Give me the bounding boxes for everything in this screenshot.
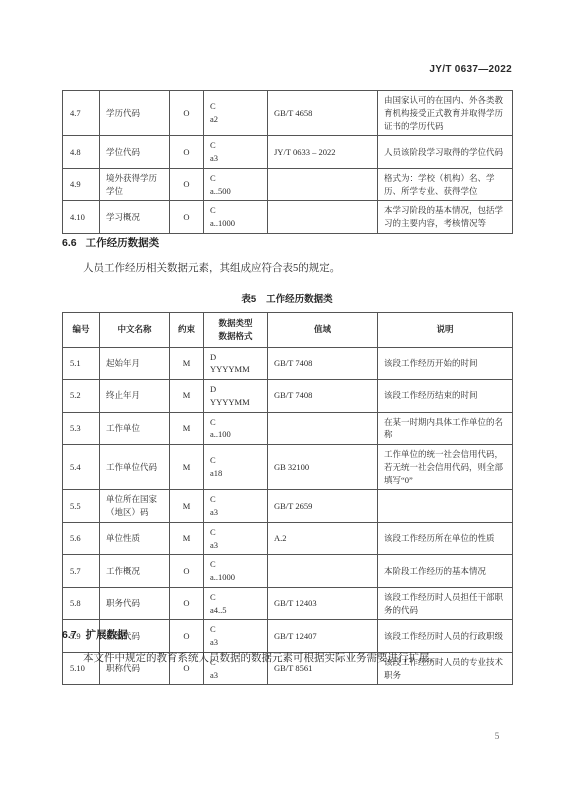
row-id: 4.7	[63, 91, 100, 136]
data-format: YYYYMM	[210, 363, 261, 376]
data-format: a..1000	[210, 571, 261, 584]
description: 该段工作经历时人员担任干部职务的代码	[378, 587, 513, 620]
header-constraint: 约束	[170, 313, 204, 348]
data-type-format: Ca..1000	[204, 555, 268, 588]
data-type: C	[210, 416, 261, 429]
constraint: O	[170, 168, 204, 201]
section-heading-6-6: 6.6工作经历数据类	[62, 235, 159, 250]
header-value-domain: 值域	[268, 313, 378, 348]
row-id: 5.6	[63, 522, 100, 555]
section-6-6-paragraph: 人员工作经历相关数据元素，其组成应符合表5的规定。	[62, 260, 512, 275]
constraint: M	[170, 412, 204, 445]
value-domain: A.2	[268, 522, 378, 555]
data-type-format: Ca3	[204, 620, 268, 653]
data-type-format: Ca2	[204, 91, 268, 136]
table-row: 5.3 工作单位 M Ca..100 在某一时期内具体工作单位的名称	[63, 412, 513, 445]
data-type-format: Ca..1000	[204, 201, 268, 234]
data-type-format: Ca..500	[204, 168, 268, 201]
data-type-format: DYYYYMM	[204, 347, 268, 380]
section-number: 6.7	[62, 629, 77, 641]
data-type: C	[210, 623, 261, 636]
data-type: C	[210, 204, 261, 217]
data-type: C	[210, 172, 261, 185]
value-domain: GB/T 12407	[268, 620, 378, 653]
data-type-format: Ca18	[204, 445, 268, 490]
constraint: O	[170, 136, 204, 169]
element-name: 境外获得学历学位	[100, 168, 170, 201]
value-domain: GB 32100	[268, 445, 378, 490]
element-name: 单位性质	[100, 522, 170, 555]
data-type: C	[210, 526, 261, 539]
section-title: 扩展数据	[86, 629, 128, 641]
data-format: a3	[210, 152, 261, 165]
description	[378, 490, 513, 523]
page-number: 5	[489, 732, 505, 742]
constraint: M	[170, 380, 204, 413]
data-format: a3	[210, 669, 261, 682]
data-type: C	[210, 454, 261, 467]
value-domain: GB/T 7408	[268, 380, 378, 413]
element-name: 工作单位代码	[100, 445, 170, 490]
data-type-format: DYYYYMM	[204, 380, 268, 413]
data-type-format: Ca3	[204, 136, 268, 169]
row-id: 4.10	[63, 201, 100, 234]
header-data-type-format: 数据类型数据格式	[204, 313, 268, 348]
data-type: C	[210, 139, 261, 152]
row-id: 5.3	[63, 412, 100, 445]
data-format: YYYYMM	[210, 396, 261, 409]
table-row: 4.7 学历代码 O Ca2 GB/T 4658 由国家认可的在国内、外各类教育…	[63, 91, 513, 136]
row-id: 5.4	[63, 445, 100, 490]
table-row: 5.9 职级代码 O Ca3 GB/T 12407 该段工作经历时人员的行政职级	[63, 620, 513, 653]
row-id: 4.8	[63, 136, 100, 169]
value-domain: GB/T 2659	[268, 490, 378, 523]
data-format: a2	[210, 113, 261, 126]
value-domain: GB/T 7408	[268, 347, 378, 380]
element-name: 学位代码	[100, 136, 170, 169]
data-type-format: Ca..100	[204, 412, 268, 445]
value-domain	[268, 168, 378, 201]
document-reference-number: JY/T 0637—2022	[62, 64, 512, 75]
element-name: 工作概况	[100, 555, 170, 588]
data-type: C	[210, 558, 261, 571]
description: 该段工作经历时人员的行政职级	[378, 620, 513, 653]
constraint: O	[170, 91, 204, 136]
value-domain	[268, 412, 378, 445]
table-caption-title: 工作经历数据类	[266, 294, 333, 305]
table-header-row: 编号 中文名称 约束 数据类型数据格式 值域 说明	[63, 313, 513, 348]
value-domain: GB/T 4658	[268, 91, 378, 136]
element-name: 起始年月	[100, 347, 170, 380]
element-name: 学习概况	[100, 201, 170, 234]
table-row: 4.9 境外获得学历学位 O Ca..500 格式为：学校（机构）名、学历、所学…	[63, 168, 513, 201]
data-format: a..100	[210, 428, 261, 441]
element-name: 工作单位	[100, 412, 170, 445]
constraint: O	[170, 620, 204, 653]
element-name: 终止年月	[100, 380, 170, 413]
table-4-learning-experience-continued: 4.7 学历代码 O Ca2 GB/T 4658 由国家认可的在国内、外各类教育…	[62, 90, 513, 234]
header-data-type: 数据类型	[206, 317, 265, 330]
description: 人员该阶段学习取得的学位代码	[378, 136, 513, 169]
value-domain	[268, 555, 378, 588]
data-type: D	[210, 351, 261, 364]
section-6-7-paragraph: 本文件中规定的教育系统人员数据的数据元素可根据实际业务需要进行扩展。	[62, 650, 512, 665]
data-type: C	[210, 493, 261, 506]
header-data-format: 数据格式	[206, 330, 265, 343]
description: 格式为：学校（机构）名、学历、所学专业、获得学位	[378, 168, 513, 201]
data-type: C	[210, 100, 261, 113]
description: 工作单位的统一社会信用代码，若无统一社会信用代码，则全部填写“0”	[378, 445, 513, 490]
row-id: 5.8	[63, 587, 100, 620]
table-5-work-experience: 编号 中文名称 约束 数据类型数据格式 值域 说明 5.1 起始年月 M DYY…	[62, 312, 513, 685]
constraint: O	[170, 555, 204, 588]
description: 由国家认可的在国内、外各类教育机构接受正式教育并取得学历证书的学历代码	[378, 91, 513, 136]
data-format: a..500	[210, 185, 261, 198]
description: 在某一时期内具体工作单位的名称	[378, 412, 513, 445]
data-type: D	[210, 383, 261, 396]
table-row: 4.8 学位代码 O Ca3 JY/T 0633 – 2022 人员该阶段学习取…	[63, 136, 513, 169]
row-id: 5.7	[63, 555, 100, 588]
data-type-format: Ca3	[204, 490, 268, 523]
table-row: 5.2 终止年月 M DYYYYMM GB/T 7408 该段工作经历结束的时间	[63, 380, 513, 413]
constraint: O	[170, 587, 204, 620]
row-id: 5.5	[63, 490, 100, 523]
value-domain	[268, 201, 378, 234]
table-row: 5.4 工作单位代码 M Ca18 GB 32100 工作单位的统一社会信用代码…	[63, 445, 513, 490]
element-name: 职务代码	[100, 587, 170, 620]
data-format: a3	[210, 636, 261, 649]
section-number: 6.6	[62, 237, 77, 249]
constraint: O	[170, 201, 204, 234]
header-id: 编号	[63, 313, 100, 348]
table-row: 5.1 起始年月 M DYYYYMM GB/T 7408 该段工作经历开始的时间	[63, 347, 513, 380]
data-type-format: Ca4..5	[204, 587, 268, 620]
constraint: M	[170, 445, 204, 490]
description: 本阶段工作经历的基本情况	[378, 555, 513, 588]
data-format: a3	[210, 506, 261, 519]
section-title: 工作经历数据类	[86, 237, 160, 249]
data-format: a3	[210, 539, 261, 552]
data-type: C	[210, 591, 261, 604]
data-type-format: Ca3	[204, 522, 268, 555]
row-id: 4.9	[63, 168, 100, 201]
row-id: 5.2	[63, 380, 100, 413]
description: 本学习阶段的基本情况，包括学习的主要内容，考核情况等	[378, 201, 513, 234]
constraint: M	[170, 347, 204, 380]
value-domain: GB/T 12403	[268, 587, 378, 620]
element-name: 学历代码	[100, 91, 170, 136]
data-format: a..1000	[210, 217, 261, 230]
constraint: M	[170, 490, 204, 523]
row-id: 5.1	[63, 347, 100, 380]
table-row: 5.8 职务代码 O Ca4..5 GB/T 12403 该段工作经历时人员担任…	[63, 587, 513, 620]
data-format: a4..5	[210, 604, 261, 617]
value-domain: JY/T 0633 – 2022	[268, 136, 378, 169]
table-row: 5.6 单位性质 M Ca3 A.2 该段工作经历所在单位的性质	[63, 522, 513, 555]
element-name: 单位所在国家（地区）码	[100, 490, 170, 523]
data-format: a18	[210, 467, 261, 480]
table-caption-label: 表5	[241, 294, 256, 305]
description: 该段工作经历结束的时间	[378, 380, 513, 413]
constraint: M	[170, 522, 204, 555]
table-row: 5.7 工作概况 O Ca..1000 本阶段工作经历的基本情况	[63, 555, 513, 588]
table-row: 5.5 单位所在国家（地区）码 M Ca3 GB/T 2659	[63, 490, 513, 523]
section-heading-6-7: 6.7扩展数据	[62, 627, 128, 642]
table-row: 4.10 学习概况 O Ca..1000 本学习阶段的基本情况，包括学习的主要内…	[63, 201, 513, 234]
header-name: 中文名称	[100, 313, 170, 348]
description: 该段工作经历所在单位的性质	[378, 522, 513, 555]
table-5-caption: 表5工作经历数据类	[62, 291, 512, 305]
header-description: 说明	[378, 313, 513, 348]
description: 该段工作经历开始的时间	[378, 347, 513, 380]
